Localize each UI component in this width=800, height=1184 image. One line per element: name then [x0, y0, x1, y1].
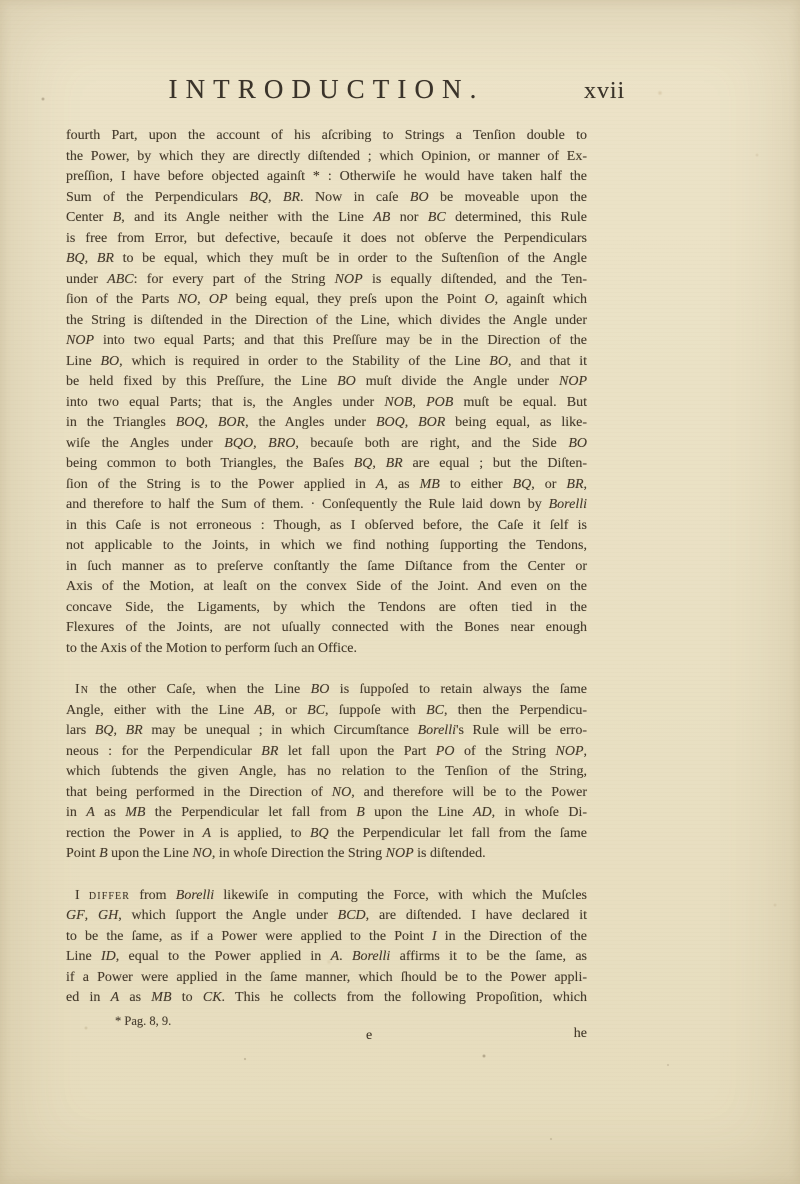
text-line: ſion of the String is to the Power appli… — [66, 475, 587, 496]
text-line: not applicable to the Joints, in which w… — [66, 536, 587, 557]
page-number: xvii — [584, 78, 625, 105]
text-line: rection the Power in A is applied, to BQ… — [66, 824, 587, 845]
text-line: the Power, by which they are directly di… — [66, 147, 587, 168]
catchword: he — [66, 1026, 587, 1042]
text-line: Axis of the Motion, at leaſt on the conv… — [66, 577, 587, 598]
text-line: to be the ſame, as if a Power were appli… — [66, 927, 587, 948]
text-line: and therefore to half the Sum of them. ·… — [66, 495, 587, 516]
text-line: Point B upon the Line NO, in whoſe Direc… — [66, 844, 587, 865]
book-page: INTRODUCTION. xvii fourth Part, upon the… — [0, 0, 800, 1184]
text-line: NOP into two equal Parts; and that this … — [66, 331, 587, 352]
text-line: in the Triangles BOQ, BOR, the Angles un… — [66, 413, 587, 434]
text-line: which ſubtends the given Angle, has no r… — [66, 762, 587, 783]
paragraph: fourth Part, upon the account of his aſc… — [66, 126, 587, 659]
running-title: INTRODUCTION. — [66, 74, 587, 105]
text-line: that being performed in the Direction of… — [66, 783, 587, 804]
text-line: wiſe the Angles under BQO, BRO, becauſe … — [66, 434, 587, 455]
text-line: In the other Caſe, when the Line BO is ſ… — [66, 680, 587, 701]
text-line: in ſuch manner as to preſerve conſtantly… — [66, 557, 587, 578]
paragraph: In the other Caſe, when the Line BO is ſ… — [66, 680, 587, 865]
text-line: ſion of the Parts NO, OP being equal, th… — [66, 290, 587, 311]
text-line: ed in A as MB to CK. This he collects fr… — [66, 988, 587, 1009]
text-line: Line ID, equal to the Power applied in A… — [66, 947, 587, 968]
text-line: is free from Error, but defective, becau… — [66, 229, 587, 250]
text-line: being common to both Triangles, the Baſe… — [66, 454, 587, 475]
text-line: Center B, and its Angle neither with the… — [66, 208, 587, 229]
text-line: into two equal Parts; that is, the Angle… — [66, 393, 587, 414]
text-line: be held fixed by this Preſſure, the Line… — [66, 372, 587, 393]
text-line: concave Side, the Ligaments, by which th… — [66, 598, 587, 619]
text-line: I differ from Borelli likewiſe in comput… — [66, 886, 587, 907]
text-line: lars BQ, BR may be unequal ; in which Ci… — [66, 721, 587, 742]
text-line: under ABC: for every part of the String … — [66, 270, 587, 291]
paragraph: I differ from Borelli likewiſe in comput… — [66, 886, 587, 1009]
text-line: Sum of the Perpendiculars BQ, BR. Now in… — [66, 188, 587, 209]
text-line: Angle, either with the Line AB, or BC, ſ… — [66, 701, 587, 722]
text-line: BQ, BR to be equal, which they muſt be i… — [66, 249, 587, 270]
text-line: to the Axis of the Motion to perform ſuc… — [66, 639, 587, 660]
text-line: neous : for the Perpendicular BR let fal… — [66, 742, 587, 763]
text-line: fourth Part, upon the account of his aſc… — [66, 126, 587, 147]
text-line: preſſion, I have before objected againſt… — [66, 167, 587, 188]
text-line: GF, GH, which ſupport the Angle under BC… — [66, 906, 587, 927]
text-body: fourth Part, upon the account of his aſc… — [66, 126, 587, 1009]
text-line: Line BO, which is required in order to t… — [66, 352, 587, 373]
text-line: in A as MB the Perpendicular let fall fr… — [66, 803, 587, 824]
text-line: in this Caſe is not erroneous : Though, … — [66, 516, 587, 537]
text-line: if a Power were applied in the ſame mann… — [66, 968, 587, 989]
text-line: Flexures of the Joints, are not uſually … — [66, 618, 587, 639]
text-line: the String is diſtended in the Direction… — [66, 311, 587, 332]
